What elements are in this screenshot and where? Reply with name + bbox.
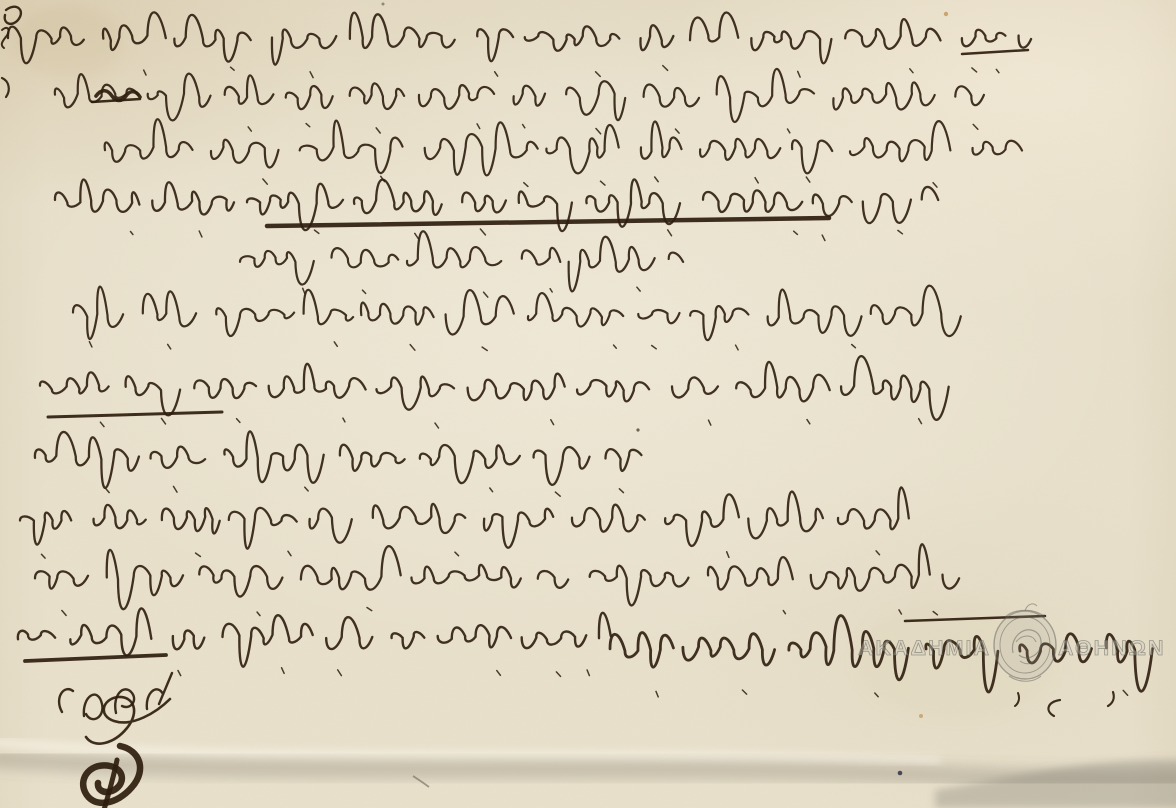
paper-grain: [0, 0, 1176, 808]
manuscript-scan-page: ΑΚΑΔΗΜΙΑ ΑΘΗΝΩΝ: [0, 0, 1176, 808]
scanned-manuscript: ΑΚΑΔΗΜΙΑ ΑΘΗΝΩΝ: [0, 0, 1176, 808]
